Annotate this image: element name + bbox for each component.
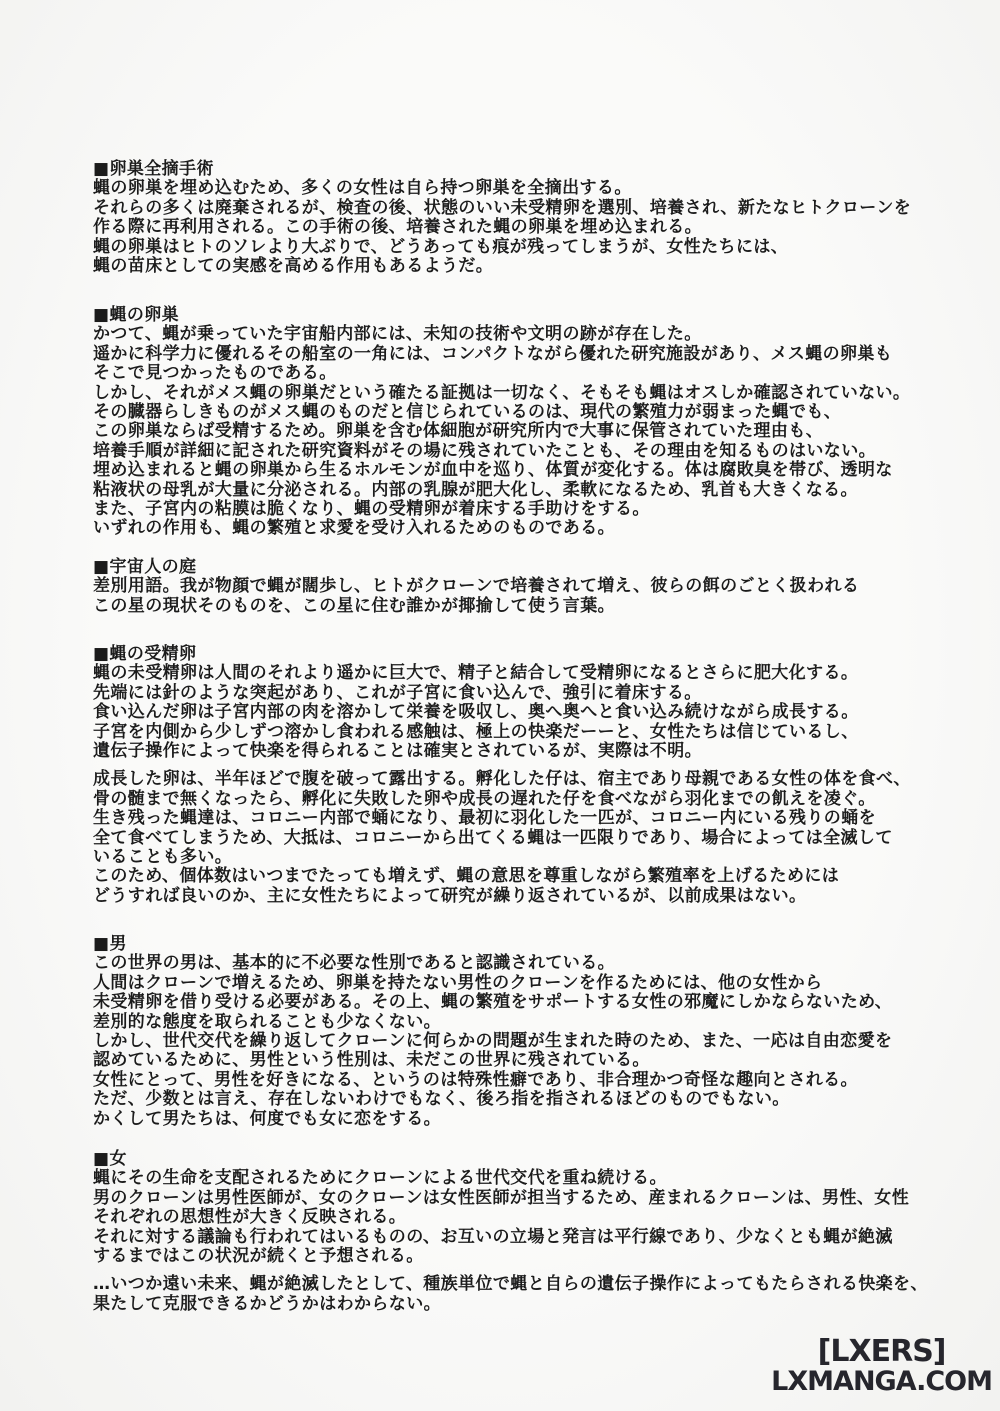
text-line: その臓器らしきものがメス蝿のものだと信じられているのは、現代の繁殖力が弱まった蝿…: [93, 403, 953, 422]
watermark-lxmanga: LXMANGA.COM: [771, 1368, 992, 1396]
text-line: 男のクローンは男性医師が、女のクローンは女性医師が担当するため、産まれるクローン…: [93, 1189, 953, 1208]
section-5: ■男この世界の男は、基本的に不必要な性別であると認識されている。人間はクローンで…: [93, 935, 953, 1129]
text-line: 埋め込まれると蝿の卵巣から生るホルモンが血中を巡り、体質が変化する。体は腐敗臭を…: [93, 461, 953, 480]
text-line: この世界の男は、基本的に不必要な性別であると認識されている。: [93, 954, 953, 973]
text-line: 作る際に再利用される。この手術の後、培養された蝿の卵巣を埋め込まれる。: [93, 218, 953, 237]
text-line: 蝿の卵巣はヒトのソレより大ぶりで、どうあっても痕が残ってしまうが、女性たちには、: [93, 238, 953, 257]
text-line: 果たして克服できるかどうかはわからない。: [93, 1295, 953, 1314]
text-line: 骨の髄まで無くなったら、孵化に失敗した卵や成長の遅れた仔を食べながら羽化までの飢…: [93, 790, 953, 809]
section-4: ■蝿の受精卵蝿の未受精卵は人間のそれより遥かに巨大で、精子と結合して受精卵になる…: [93, 645, 953, 906]
text-line: いずれの作用も、蝿の繁殖と求愛を受け入れるためのものである。: [93, 519, 953, 538]
text-line: 子宮を内側から少しずつ溶かし食われる感触は、極上の快楽だーーと、女性たちは信じて…: [93, 723, 953, 742]
section-heading: ■蝿の受精卵: [93, 645, 953, 664]
section-heading: ■蝿の卵巣: [93, 306, 953, 325]
text-line: それぞれの思想性が大きく反映される。: [93, 1208, 953, 1227]
watermark: [LXERS] LXMANGA.COM: [771, 1336, 992, 1396]
text-line: 生き残った蝿達は、コロニー内部で蛹になり、最初に羽化した一匹が、コロニー内にいる…: [93, 809, 953, 828]
text-line: 蝿の卵巣を埋め込むため、多くの女性は自ら持つ卵巣を全摘出する。: [93, 179, 953, 198]
text-line: しかし、それがメス蝿の卵巣だという確たる証拠は一切なく、そもそも蝿はオスしか確認…: [93, 384, 953, 403]
text-line: 粘液状の母乳が大量に分泌される。内部の乳腺が肥大化し、柔軟になるため、乳首も大き…: [93, 481, 953, 500]
section-2: ■蝿の卵巣かつて、蝿が乗っていた宇宙船内部には、未知の技術や文明の跡が存在した。…: [93, 306, 953, 539]
text-line: 女性にとって、男性を好きになる、というのは特殊性癖であり、非合理かつ奇怪な趣向と…: [93, 1071, 953, 1090]
text-line: 食い込んだ卵は子宮内部の肉を溶かして栄養を吸収し、奥へ奥へと食い込み続けながら成…: [93, 703, 953, 722]
watermark-lxers: [LXERS]: [771, 1336, 992, 1368]
text-line: するまではこの状況が続くと予想される。: [93, 1247, 953, 1266]
text-line: ただ、少数とは言え、存在しないわけでもなく、後ろ指を指されるほどのものでもない。: [93, 1090, 953, 1109]
text-line: 蝿の未受精卵は人間のそれより遥かに巨大で、精子と結合して受精卵になるとさらに肥大…: [93, 664, 953, 683]
text-line: 先端には針のような突起があり、これが子宮に食い込んで、強引に着床する。: [93, 684, 953, 703]
scanned-glossary-page: { "page": { "background": "#f7f7f5", "te…: [0, 0, 1000, 1411]
text-line: 全て食べてしまうため、大抵は、コロニーから出てくる蝿は一匹限りであり、場合によっ…: [93, 829, 953, 848]
text-line: それらの多くは廃棄されるが、検査の後、状態のいい未受精卵を選別、培養され、新たな…: [93, 199, 953, 218]
text-line: 培養手順が詳細に記された研究資料がその場に残されていたことも、その理由を知るもの…: [93, 442, 953, 461]
text-line: この卵巣ならば受精するため。卵巣を含む体細胞が研究所内で大事に保管されていた理由…: [93, 422, 953, 441]
section-heading: ■宇宙人の庭: [93, 558, 953, 577]
text-line: …いつか遠い未来、蝿が絶滅したとして、種族単位で蝿と自らの遺伝子操作によってもた…: [93, 1275, 953, 1294]
text-line: 蝿にその生命を支配されるためにクローンによる世代交代を重ね続ける。: [93, 1169, 953, 1188]
text-line: この星の現状そのものを、この星に住む誰かが揶揄して使う言葉。: [93, 597, 953, 616]
text-line: いることも多い。: [93, 848, 953, 867]
text-line: かくして男たちは、何度でも女に恋をする。: [93, 1110, 953, 1129]
text-line: 未受精卵を借り受ける必要がある。その上、蝿の繁殖をサポートする女性の邪魔にしかな…: [93, 993, 953, 1012]
section-heading: ■卵巣全摘手術: [93, 160, 953, 179]
section-heading: ■男: [93, 935, 953, 954]
text-line: 成長した卵は、半年ほどで腹を破って露出する。孵化した仔は、宿主であり母親である女…: [93, 770, 953, 789]
text-line: 認めているために、男性という性別は、未だこの世界に残されている。: [93, 1051, 953, 1070]
text-line: 遺伝子操作によって快楽を得られることは確実とされているが、実際は不明。: [93, 742, 953, 761]
text-line: しかし、世代交代を繰り返してクローンに何らかの問題が生まれた時のため、また、一応…: [93, 1032, 953, 1051]
text-line: また、子宮内の粘膜は脆くなり、蝿の受精卵が着床する手助けをする。: [93, 500, 953, 519]
text-line: 人間はクローンで増えるため、卵巣を持たない男性のクローンを作るためには、他の女性…: [93, 974, 953, 993]
text-line: どうすれば良いのか、主に女性たちによって研究が繰り返されているが、以前成果はない…: [93, 887, 953, 906]
text-line: 差別的な態度を取られることも少なくない。: [93, 1013, 953, 1032]
text-line: 差別用語。我が物顔で蝿が闊歩し、ヒトがクローンで培養されて増え、彼らの餌のごとく…: [93, 577, 953, 596]
section-6: ■女蝿にその生命を支配されるためにクローンによる世代交代を重ね続ける。男のクロー…: [93, 1150, 953, 1314]
section-3: ■宇宙人の庭差別用語。我が物顔で蝿が闊歩し、ヒトがクローンで培養されて増え、彼ら…: [93, 558, 953, 616]
text-line: そこで見つかったものである。: [93, 364, 953, 383]
text-line: 蝿の苗床としての実感を高める作用もあるようだ。: [93, 257, 953, 276]
section-heading: ■女: [93, 1150, 953, 1169]
text-line: かつて、蝿が乗っていた宇宙船内部には、未知の技術や文明の跡が存在した。: [93, 325, 953, 344]
text-line: このため、個体数はいつまでたっても増えず、蝿の意思を尊重しながら繁殖率を上げるた…: [93, 867, 953, 886]
text-line: それに対する議論も行われてはいるものの、お互いの立場と発言は平行線であり、少なく…: [93, 1228, 953, 1247]
text-line: 遥かに科学力に優れるその船室の一角には、コンパクトながら優れた研究施設があり、メ…: [93, 345, 953, 364]
section-1: ■卵巣全摘手術蝿の卵巣を埋め込むため、多くの女性は自ら持つ卵巣を全摘出する。それ…: [93, 160, 953, 276]
